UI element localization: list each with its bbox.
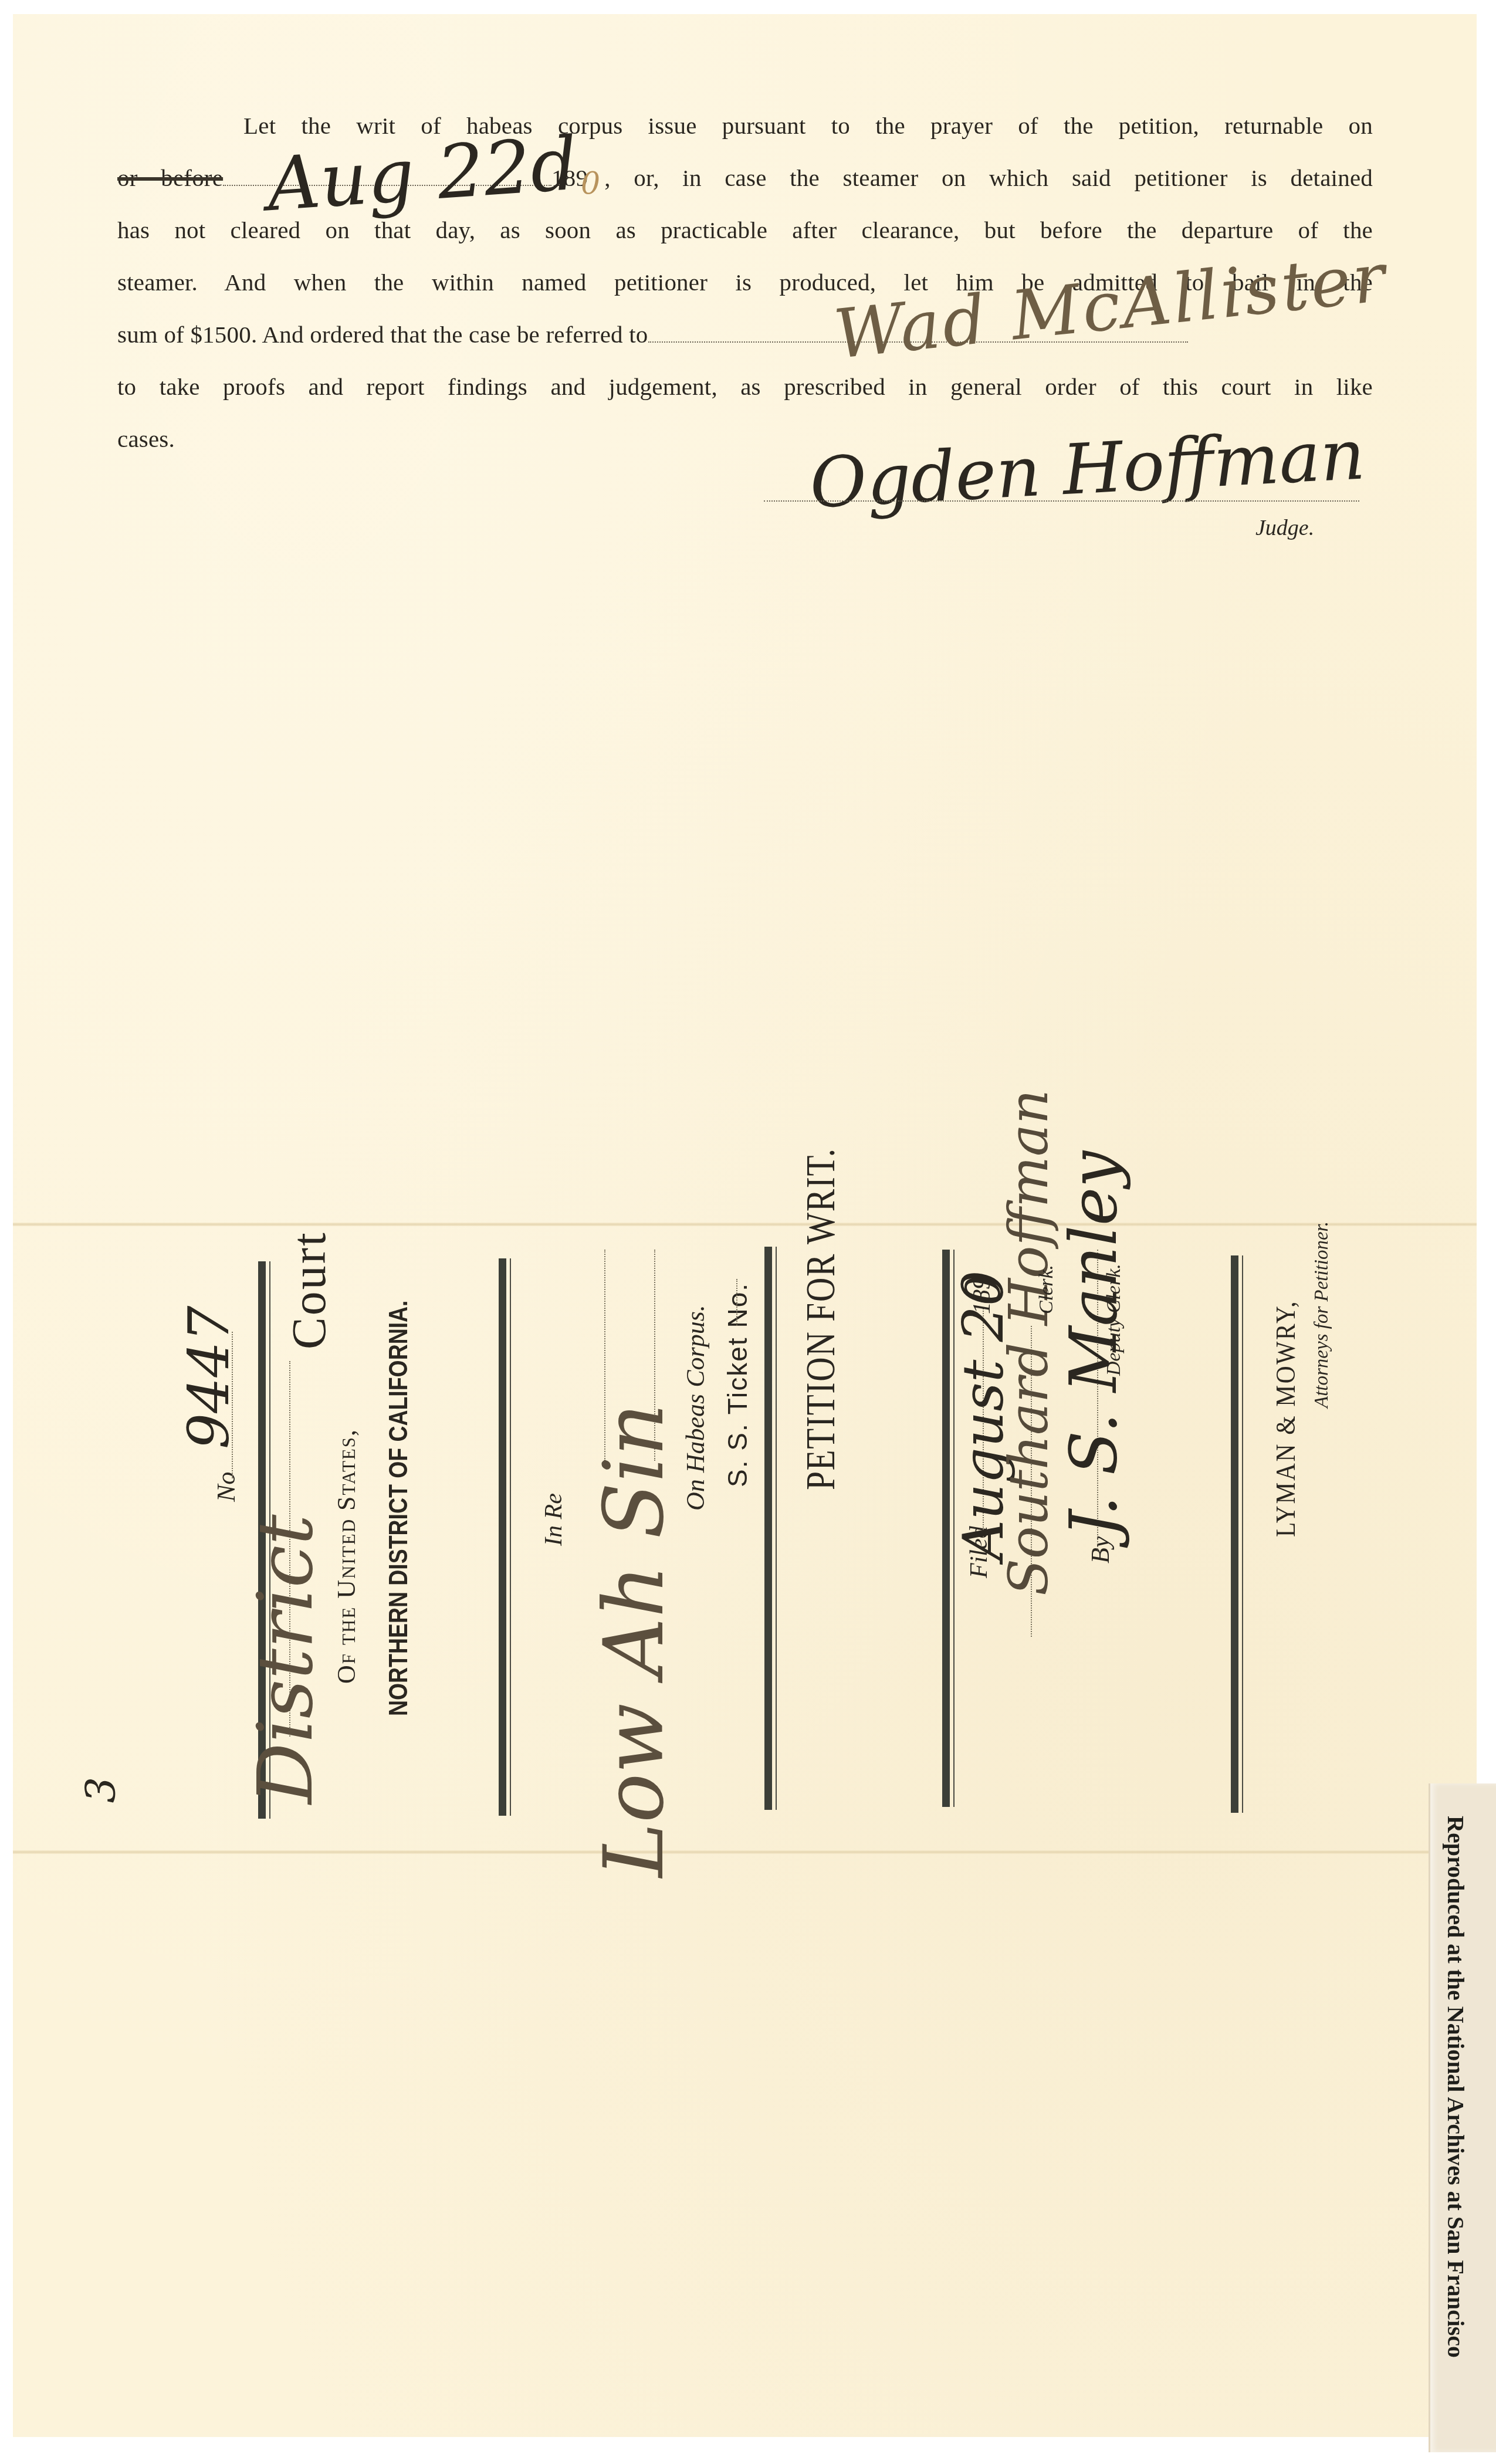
court-name-line [289,1361,290,1737]
double-rule [764,1247,772,1810]
filed-year-printed: 189 [968,1277,996,1314]
petitioner-line [654,1250,655,1461]
clerk-signature: Southard Hoffman [997,1089,1060,1596]
double-rule [499,1258,506,1816]
double-rule [258,1261,266,1819]
clerk-line [1031,1326,1032,1637]
attorneys-name: LYMAN & MOWRY, [1270,1300,1301,1537]
docket-section: No 9447 District Court Of the United Sta… [0,0,1496,2464]
filed-label: Filed [965,1526,993,1578]
court-line-3: NORTHERN DISTRICT OF CALIFORNIA. [384,1301,414,1716]
double-rule [1231,1255,1238,1813]
clerk-label: Clerk. [1035,1265,1058,1314]
court-handwritten: District [241,1514,330,1804]
by-label: By [1085,1536,1115,1563]
deputy-clerk-label: Deputy Clerk. [1103,1264,1125,1376]
court-line-2: Of the United States, [331,1429,361,1684]
ss-ticket-label: S. S. Ticket No. [722,1282,753,1487]
on-habeas-corpus: On Habeas Corpus. [681,1305,710,1511]
docket-number-line [232,1332,233,1478]
filed-date-line [983,1308,984,1537]
attorneys-subtitle: Attorneys for Petitioner. [1311,1221,1333,1408]
archive-stamp-text: Reproduced at the National Archives at S… [1442,1816,1470,2358]
deputy-line [1097,1250,1098,1552]
petitioner-name-handwritten: Low Ah Sin [587,1403,682,1877]
double-rule [942,1250,950,1807]
petitioner-line [604,1250,605,1461]
in-re-label: In Re [540,1493,568,1546]
docket-number-label: No [211,1472,241,1502]
document-title: PETITION FOR WRIT. [798,1148,845,1490]
court-label: Court [282,1231,337,1349]
ticket-number-line [736,1279,737,1326]
